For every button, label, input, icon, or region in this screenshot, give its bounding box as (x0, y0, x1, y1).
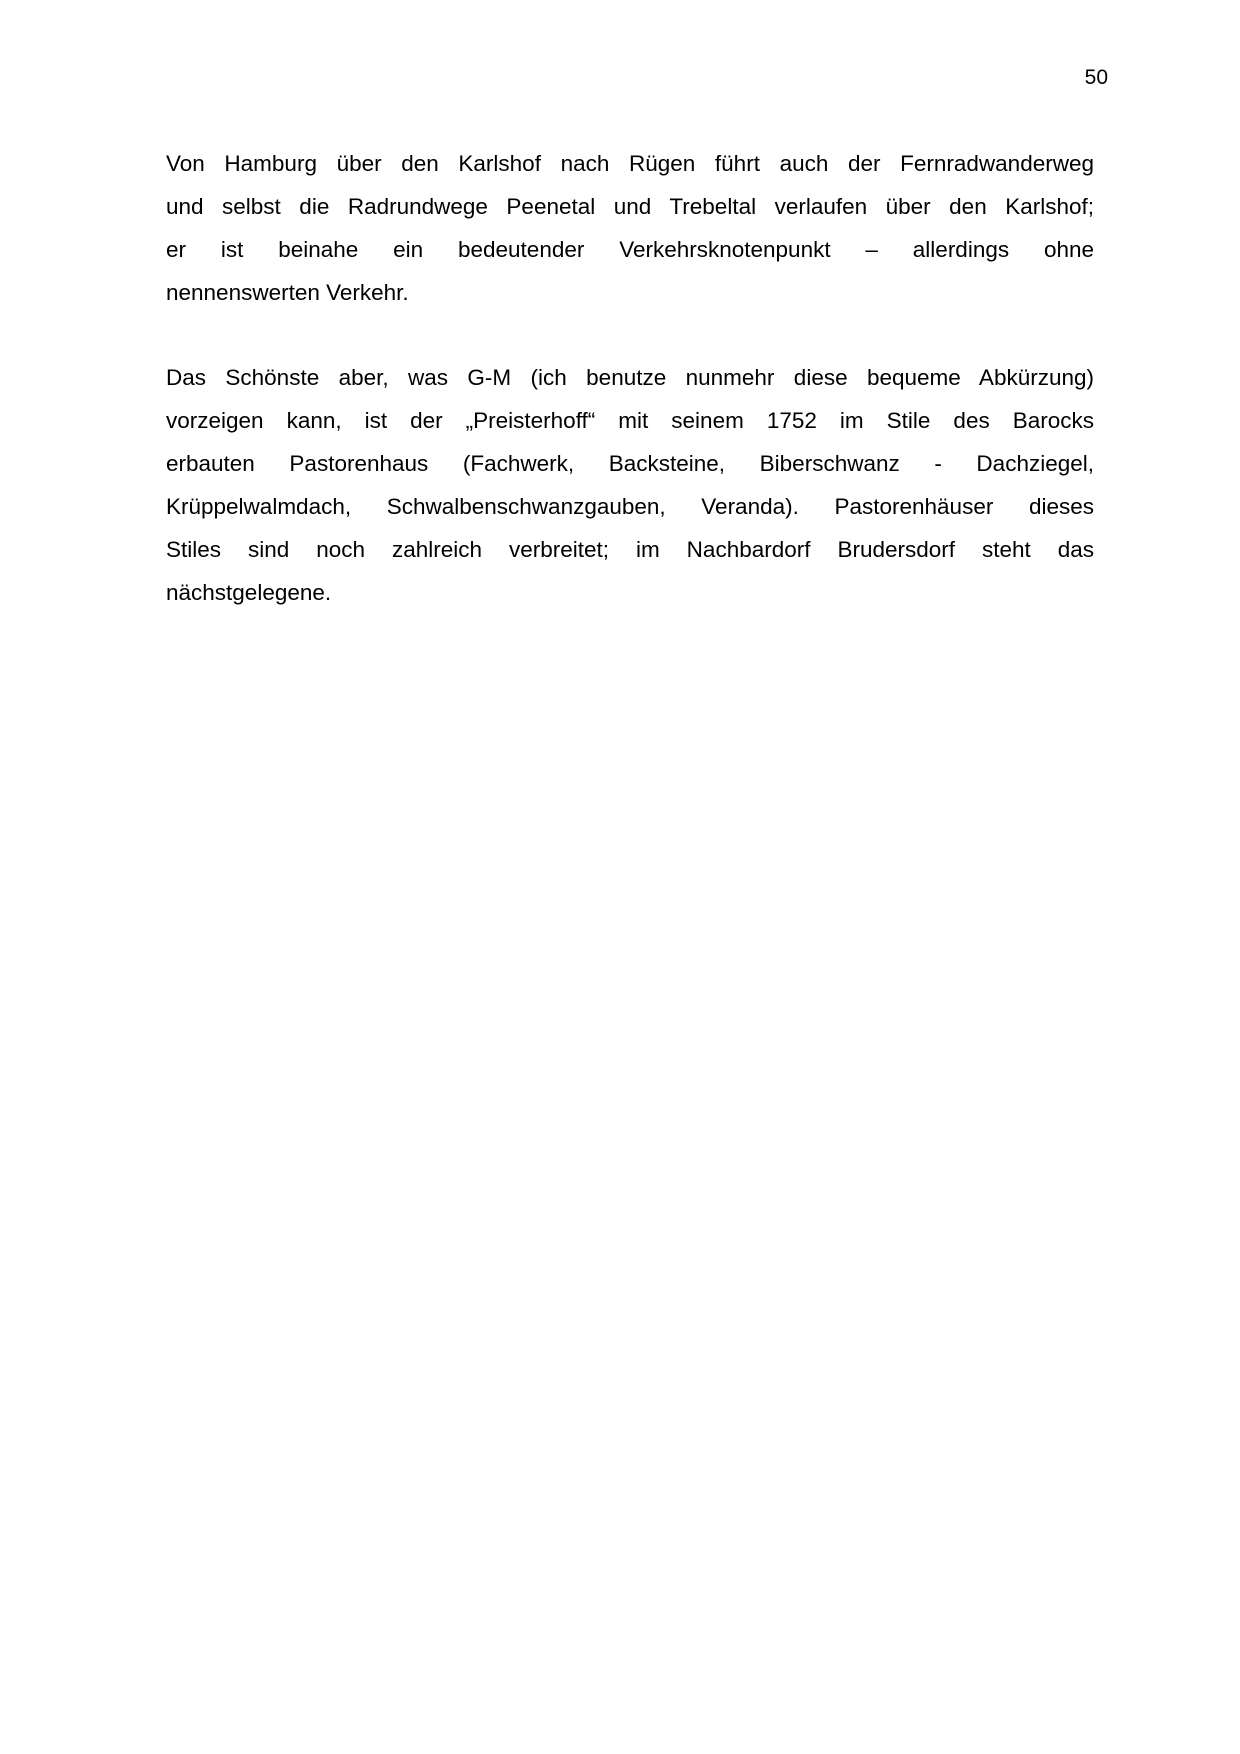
text-line-content: vorzeigen kann, ist der „Preisterhoff“ m… (166, 399, 1094, 442)
text-line-content: und selbst die Radrundwege Peenetal und … (166, 185, 1094, 228)
text-line-content: Stiles sind noch zahlreich verbreitet; i… (166, 528, 1094, 571)
text-line: und selbst die Radrundwege Peenetal und … (166, 185, 1094, 228)
text-line-content: Krüppelwalmdach, Schwalbenschwanzgauben,… (166, 485, 1094, 528)
text-line-content: nennenswerten Verkehr. (166, 271, 1094, 314)
text-line-content: nächstgelegene. (166, 571, 1094, 614)
text-line: Stiles sind noch zahlreich verbreitet; i… (166, 528, 1094, 571)
text-line: erbauten Pastorenhaus (Fachwerk, Backste… (166, 442, 1094, 485)
text-line-content: er ist beinahe ein bedeutender Verkehrsk… (166, 228, 1094, 271)
text-line: Krüppelwalmdach, Schwalbenschwanzgauben,… (166, 485, 1094, 528)
text-line-content: Von Hamburg über den Karlshof nach Rügen… (166, 142, 1094, 185)
text-line: er ist beinahe ein bedeutender Verkehrsk… (166, 228, 1094, 271)
text-line: Das Schönste aber, was G-M (ich benutze … (166, 356, 1094, 399)
text-line: nächstgelegene. (166, 571, 1094, 614)
text-line-content: erbauten Pastorenhaus (Fachwerk, Backste… (166, 442, 1094, 485)
page-number: 50 (1085, 66, 1108, 90)
text-line: nennenswerten Verkehr. (166, 271, 1094, 314)
paragraph-preisterhoff: Das Schönste aber, was G-M (ich benutze … (166, 356, 1094, 614)
paragraph-fernradwanderweg: Von Hamburg über den Karlshof nach Rügen… (166, 142, 1094, 314)
text-line: vorzeigen kann, ist der „Preisterhoff“ m… (166, 399, 1094, 442)
text-line: Von Hamburg über den Karlshof nach Rügen… (166, 142, 1094, 185)
text-line-content: Das Schönste aber, was G-M (ich benutze … (166, 356, 1094, 399)
